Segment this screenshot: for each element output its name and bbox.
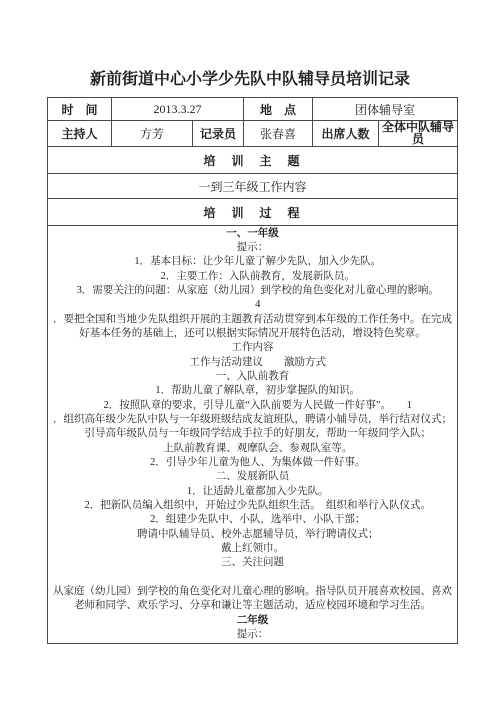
process-line: 一、一年级	[48, 227, 457, 241]
table-row-people: 主持人 方芳 记录员 张春喜 出席人数 全体中队辅导员	[48, 121, 458, 147]
process-line: ．组织高年级少先队中队与一年级班级结成友谊班队，聘请小辅导员，举行结对仪式；	[48, 413, 457, 427]
place-label: 地 点	[244, 98, 313, 121]
training-record-table: 时 间 2013.3.27 地 点 团体辅导室 主持人 方芳 记录员 张春喜 出…	[47, 97, 458, 644]
process-section-header: 培 训 过 程	[48, 199, 458, 226]
attendance-label: 出席人数	[313, 121, 379, 147]
host-label: 主持人	[48, 121, 112, 147]
process-line: 戴上红领巾。	[48, 542, 457, 556]
process-line: 提示：	[48, 241, 457, 255]
process-line: 老师和同学、欢乐学习、分享和谦让等主题活动，适应校园环境和学习生活。	[48, 599, 457, 613]
process-lines: 一、一年级提示： 1．基本目标：让少年儿童了解少先队，加入少先队。 2．主要工作…	[48, 226, 458, 644]
theme-section-header: 培 训 主 题	[48, 147, 458, 174]
process-line	[48, 571, 457, 585]
time-label: 时 间	[48, 98, 112, 121]
process-line: 2．把新队员编入组织中，开始过少先队组织生活。 组织和举行入队仪式。	[48, 499, 457, 513]
recorder-value: 张春喜	[244, 121, 313, 147]
process-line: 好基本任务的基础上，还可以根据实际情况开展特色活动，增设特色奖章。	[48, 327, 457, 341]
process-line: 1．基本目标：让少年儿童了解少先队，加入少先队。	[48, 255, 457, 269]
process-line: 一、入队前教育	[48, 370, 457, 384]
process-line: 2．组建少先队中、小队，选举中、小队干部；	[48, 513, 457, 527]
recorder-label: 记录员	[193, 121, 244, 147]
process-line: 上队前教育课、观摩队会、参观队室等。	[48, 442, 457, 456]
process-line: 从家庭（幼儿园）到学校的角色变化对儿童心理的影响。指导队员开展喜欢校园、喜欢	[48, 585, 457, 599]
table-row-theme-value: 一到三年级工作内容	[48, 174, 458, 199]
process-line: 二、发展新队员	[48, 470, 457, 484]
process-line: ．要把全国和当地少先队组织开展的主题教育活动贯穿到本年级的工作任务中。在完成	[48, 313, 457, 327]
process-line: 3．需要关注的问题：从家庭（幼儿园）到学校的角色变化对儿童心理的影响。	[48, 284, 457, 298]
process-line: 引导高年级队员与一年级同学结成手拉手的好朋友，帮助一年级同学入队；	[48, 427, 457, 441]
attendance-value: 全体中队辅导员	[379, 121, 458, 147]
theme-value: 一到三年级工作内容	[48, 174, 458, 199]
process-line: 二年级	[48, 614, 457, 628]
process-line: 1．帮助儿童了解队章，初步掌握队的知识。	[48, 384, 457, 398]
process-line: 2．主要工作：入队前教育，发展新队员。	[48, 270, 457, 284]
table-row-theme-header: 培 训 主 题	[48, 147, 458, 174]
table-row-process-header: 培 训 过 程	[48, 199, 458, 226]
process-line: 1．让适龄儿童都加入少先队。	[48, 485, 457, 499]
table-row-time-place: 时 间 2013.3.27 地 点 团体辅导室	[48, 98, 458, 121]
place-value: 团体辅导室	[313, 98, 458, 121]
process-line: 提示：	[48, 628, 457, 642]
process-line: 工作内容	[48, 341, 457, 355]
process-line: 工作与活动建议 激励方式	[48, 356, 457, 370]
table-row-process-content: 一、一年级提示： 1．基本目标：让少年儿童了解少先队，加入少先队。 2．主要工作…	[48, 226, 458, 644]
time-value: 2013.3.27	[112, 98, 244, 121]
process-line: 4	[48, 298, 457, 312]
host-value: 方芳	[112, 121, 193, 147]
process-line: 三、关注问题	[48, 556, 457, 570]
process-line: 2．引导少年儿童为他人、为集体做一件好事。	[48, 456, 457, 470]
process-line: 2．按照队章的要求，引导儿童“入队前要为人民做一件好事”。 1	[48, 399, 457, 413]
page-title: 新前街道中心小学少先队中队辅导员培训记录	[0, 66, 500, 89]
process-line: 聘请中队辅导员、校外志愿辅导员，举行聘请仪式；	[48, 528, 457, 542]
